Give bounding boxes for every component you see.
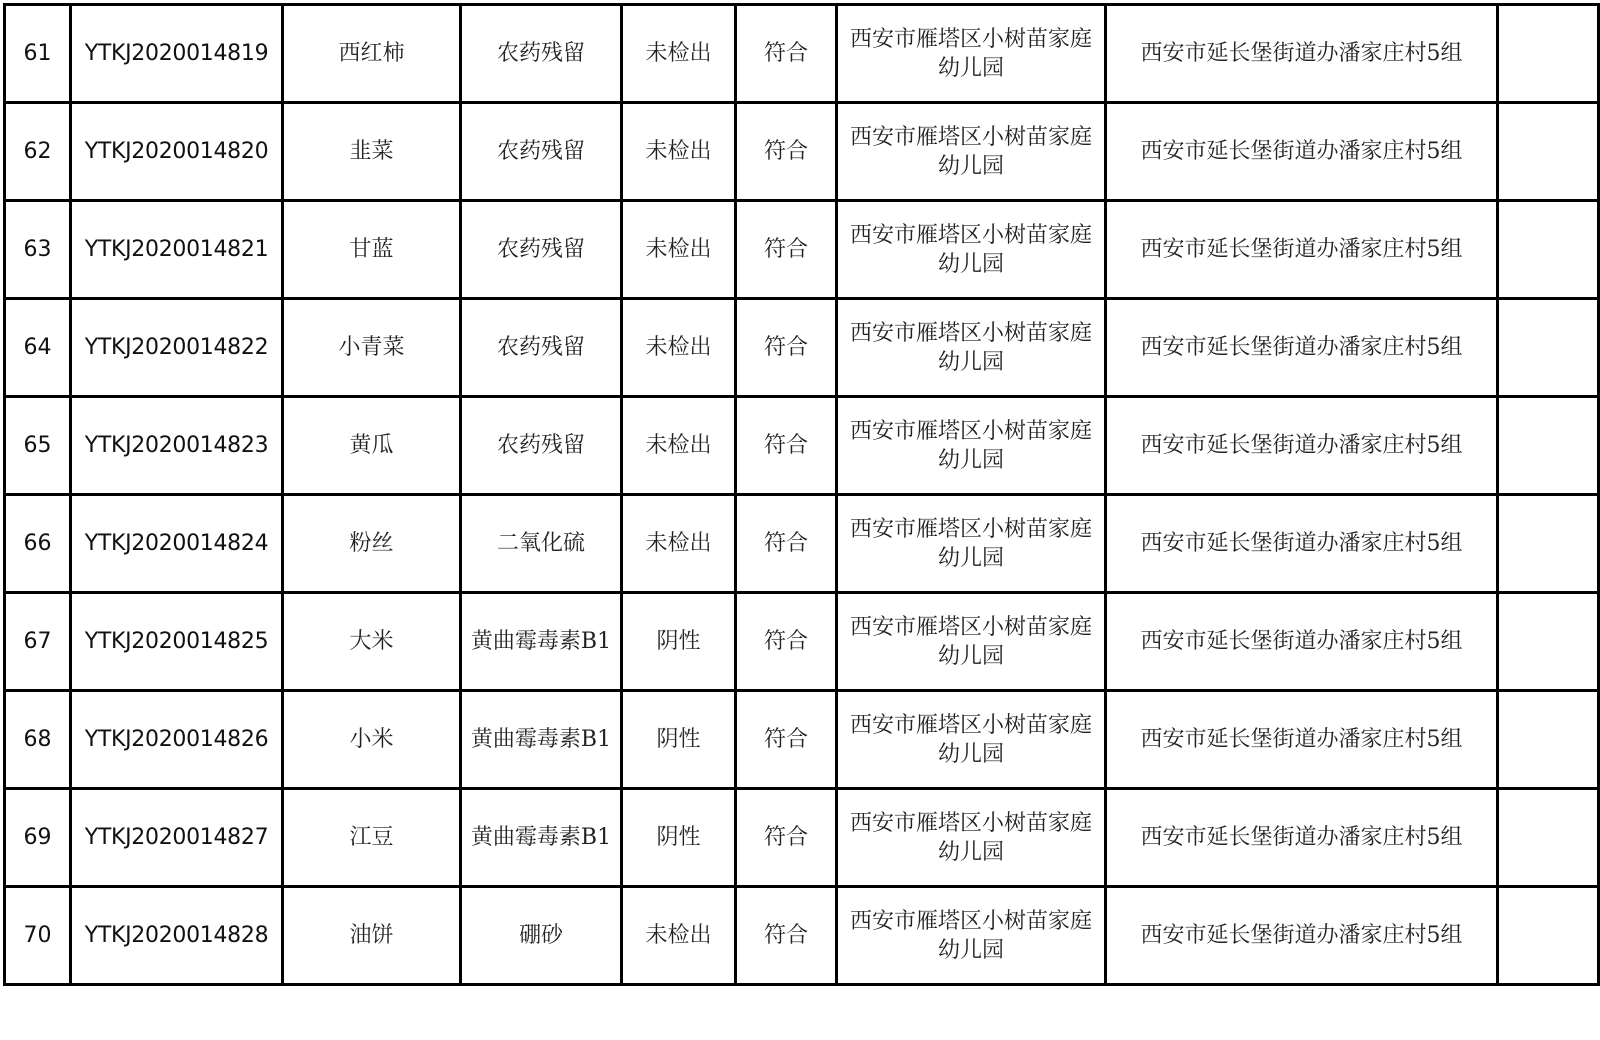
table-row: 70 YTKJ2020014828 油饼 硼砂 未检出 符合 西安市雁塔区小树苗… bbox=[5, 887, 1599, 985]
sample-name: 江豆 bbox=[283, 789, 461, 887]
table-body: 61 YTKJ2020014819 西红柿 农药残留 未检出 符合 西安市雁塔区… bbox=[5, 5, 1599, 985]
sample-name: 小青菜 bbox=[283, 299, 461, 397]
sampled-unit: 西安市雁塔区小树苗家庭幼儿园 bbox=[837, 103, 1106, 201]
row-number: 64 bbox=[5, 299, 71, 397]
test-item: 农药残留 bbox=[461, 299, 622, 397]
sampled-unit: 西安市雁塔区小树苗家庭幼儿园 bbox=[837, 299, 1106, 397]
row-number: 69 bbox=[5, 789, 71, 887]
sampled-unit-line1: 西安市雁塔区小树苗家庭 bbox=[838, 711, 1104, 740]
judgement: 符合 bbox=[736, 691, 837, 789]
table-row: 69 YTKJ2020014827 江豆 黄曲霉毒素B1 阴性 符合 西安市雁塔… bbox=[5, 789, 1599, 887]
unit-address: 西安市延长堡街道办潘家庄村5组 bbox=[1106, 691, 1498, 789]
test-result: 阴性 bbox=[622, 789, 736, 887]
sample-code: YTKJ2020014822 bbox=[71, 299, 283, 397]
unit-address: 西安市延长堡街道办潘家庄村5组 bbox=[1106, 593, 1498, 691]
sample-name: 甘蓝 bbox=[283, 201, 461, 299]
sample-code: YTKJ2020014824 bbox=[71, 495, 283, 593]
judgement: 符合 bbox=[736, 495, 837, 593]
test-item: 农药残留 bbox=[461, 201, 622, 299]
sample-code: YTKJ2020014819 bbox=[71, 5, 283, 103]
judgement: 符合 bbox=[736, 397, 837, 495]
judgement: 符合 bbox=[736, 593, 837, 691]
sample-code: YTKJ2020014826 bbox=[71, 691, 283, 789]
row-number: 65 bbox=[5, 397, 71, 495]
sampled-unit-line1: 西安市雁塔区小树苗家庭 bbox=[838, 221, 1104, 250]
sampled-unit-line1: 西安市雁塔区小树苗家庭 bbox=[838, 319, 1104, 348]
test-item: 农药残留 bbox=[461, 103, 622, 201]
test-result: 未检出 bbox=[622, 5, 736, 103]
sampled-unit-line1: 西安市雁塔区小树苗家庭 bbox=[838, 809, 1104, 838]
sampled-unit: 西安市雁塔区小树苗家庭幼儿园 bbox=[837, 691, 1106, 789]
sample-name: 韭菜 bbox=[283, 103, 461, 201]
sample-code: YTKJ2020014823 bbox=[71, 397, 283, 495]
sampled-unit: 西安市雁塔区小树苗家庭幼儿园 bbox=[837, 201, 1106, 299]
sampled-unit: 西安市雁塔区小树苗家庭幼儿园 bbox=[837, 5, 1106, 103]
sampled-unit: 西安市雁塔区小树苗家庭幼儿园 bbox=[837, 887, 1106, 985]
sampled-unit-line2: 幼儿园 bbox=[838, 54, 1104, 83]
remark bbox=[1498, 593, 1599, 691]
remark bbox=[1498, 299, 1599, 397]
unit-address: 西安市延长堡街道办潘家庄村5组 bbox=[1106, 887, 1498, 985]
test-item: 农药残留 bbox=[461, 397, 622, 495]
test-item: 二氧化硫 bbox=[461, 495, 622, 593]
sampled-unit-line2: 幼儿园 bbox=[838, 446, 1104, 475]
row-number: 67 bbox=[5, 593, 71, 691]
unit-address: 西安市延长堡街道办潘家庄村5组 bbox=[1106, 103, 1498, 201]
sampled-unit-line2: 幼儿园 bbox=[838, 936, 1104, 965]
unit-address: 西安市延长堡街道办潘家庄村5组 bbox=[1106, 397, 1498, 495]
test-item: 黄曲霉毒素B1 bbox=[461, 691, 622, 789]
test-result: 阴性 bbox=[622, 593, 736, 691]
unit-address: 西安市延长堡街道办潘家庄村5组 bbox=[1106, 495, 1498, 593]
sampled-unit: 西安市雁塔区小树苗家庭幼儿园 bbox=[837, 593, 1106, 691]
unit-address: 西安市延长堡街道办潘家庄村5组 bbox=[1106, 299, 1498, 397]
table-row: 63 YTKJ2020014821 甘蓝 农药残留 未检出 符合 西安市雁塔区小… bbox=[5, 201, 1599, 299]
sampled-unit-line2: 幼儿园 bbox=[838, 544, 1104, 573]
row-number: 61 bbox=[5, 5, 71, 103]
row-number: 70 bbox=[5, 887, 71, 985]
sample-name: 粉丝 bbox=[283, 495, 461, 593]
table-row: 62 YTKJ2020014820 韭菜 农药残留 未检出 符合 西安市雁塔区小… bbox=[5, 103, 1599, 201]
table-row: 65 YTKJ2020014823 黄瓜 农药残留 未检出 符合 西安市雁塔区小… bbox=[5, 397, 1599, 495]
sample-code: YTKJ2020014821 bbox=[71, 201, 283, 299]
test-result: 阴性 bbox=[622, 691, 736, 789]
sample-name: 西红柿 bbox=[283, 5, 461, 103]
unit-address: 西安市延长堡街道办潘家庄村5组 bbox=[1106, 5, 1498, 103]
sample-name: 油饼 bbox=[283, 887, 461, 985]
test-item: 农药残留 bbox=[461, 5, 622, 103]
table-row: 67 YTKJ2020014825 大米 黄曲霉毒素B1 阴性 符合 西安市雁塔… bbox=[5, 593, 1599, 691]
test-item: 黄曲霉毒素B1 bbox=[461, 593, 622, 691]
remark bbox=[1498, 887, 1599, 985]
sampled-unit-line2: 幼儿园 bbox=[838, 152, 1104, 181]
test-result: 未检出 bbox=[622, 299, 736, 397]
judgement: 符合 bbox=[736, 299, 837, 397]
judgement: 符合 bbox=[736, 789, 837, 887]
table-row: 61 YTKJ2020014819 西红柿 农药残留 未检出 符合 西安市雁塔区… bbox=[5, 5, 1599, 103]
test-item: 黄曲霉毒素B1 bbox=[461, 789, 622, 887]
sampled-unit-line1: 西安市雁塔区小树苗家庭 bbox=[838, 25, 1104, 54]
unit-address: 西安市延长堡街道办潘家庄村5组 bbox=[1106, 201, 1498, 299]
judgement: 符合 bbox=[736, 201, 837, 299]
sampled-unit: 西安市雁塔区小树苗家庭幼儿园 bbox=[837, 397, 1106, 495]
sampled-unit: 西安市雁塔区小树苗家庭幼儿园 bbox=[837, 789, 1106, 887]
remark bbox=[1498, 495, 1599, 593]
remark bbox=[1498, 789, 1599, 887]
remark bbox=[1498, 201, 1599, 299]
unit-address: 西安市延长堡街道办潘家庄村5组 bbox=[1106, 789, 1498, 887]
remark bbox=[1498, 397, 1599, 495]
sampled-unit: 西安市雁塔区小树苗家庭幼儿园 bbox=[837, 495, 1106, 593]
sample-code: YTKJ2020014828 bbox=[71, 887, 283, 985]
row-number: 63 bbox=[5, 201, 71, 299]
sampled-unit-line2: 幼儿园 bbox=[838, 642, 1104, 671]
sampled-unit-line2: 幼儿园 bbox=[838, 838, 1104, 867]
sampled-unit-line2: 幼儿园 bbox=[838, 250, 1104, 279]
sampled-unit-line1: 西安市雁塔区小树苗家庭 bbox=[838, 123, 1104, 152]
sampled-unit-line1: 西安市雁塔区小树苗家庭 bbox=[838, 613, 1104, 642]
test-item: 硼砂 bbox=[461, 887, 622, 985]
inspection-results-table: 61 YTKJ2020014819 西红柿 农药残留 未检出 符合 西安市雁塔区… bbox=[3, 3, 1600, 986]
sample-name: 黄瓜 bbox=[283, 397, 461, 495]
remark bbox=[1498, 5, 1599, 103]
sample-code: YTKJ2020014820 bbox=[71, 103, 283, 201]
judgement: 符合 bbox=[736, 5, 837, 103]
judgement: 符合 bbox=[736, 887, 837, 985]
table-row: 64 YTKJ2020014822 小青菜 农药残留 未检出 符合 西安市雁塔区… bbox=[5, 299, 1599, 397]
sampled-unit-line1: 西安市雁塔区小树苗家庭 bbox=[838, 417, 1104, 446]
sample-code: YTKJ2020014825 bbox=[71, 593, 283, 691]
sample-name: 大米 bbox=[283, 593, 461, 691]
sampled-unit-line2: 幼儿园 bbox=[838, 348, 1104, 377]
table-row: 66 YTKJ2020014824 粉丝 二氧化硫 未检出 符合 西安市雁塔区小… bbox=[5, 495, 1599, 593]
row-number: 68 bbox=[5, 691, 71, 789]
judgement: 符合 bbox=[736, 103, 837, 201]
row-number: 66 bbox=[5, 495, 71, 593]
remark bbox=[1498, 103, 1599, 201]
row-number: 62 bbox=[5, 103, 71, 201]
sampled-unit-line1: 西安市雁塔区小树苗家庭 bbox=[838, 515, 1104, 544]
remark bbox=[1498, 691, 1599, 789]
sample-code: YTKJ2020014827 bbox=[71, 789, 283, 887]
test-result: 未检出 bbox=[622, 887, 736, 985]
test-result: 未检出 bbox=[622, 495, 736, 593]
test-result: 未检出 bbox=[622, 103, 736, 201]
test-result: 未检出 bbox=[622, 201, 736, 299]
sample-name: 小米 bbox=[283, 691, 461, 789]
sampled-unit-line2: 幼儿园 bbox=[838, 740, 1104, 769]
table-row: 68 YTKJ2020014826 小米 黄曲霉毒素B1 阴性 符合 西安市雁塔… bbox=[5, 691, 1599, 789]
test-result: 未检出 bbox=[622, 397, 736, 495]
sampled-unit-line1: 西安市雁塔区小树苗家庭 bbox=[838, 907, 1104, 936]
